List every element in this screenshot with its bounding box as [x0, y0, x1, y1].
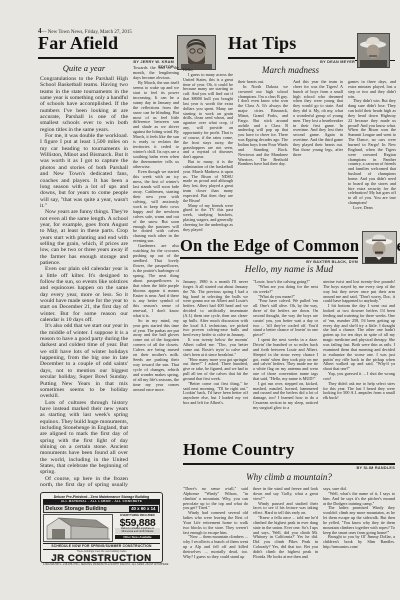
paragraph: games in three days, and extra minutes p… — [348, 80, 396, 99]
paragraph: Even though we started this week with an… — [133, 170, 179, 244]
paragraph: "Better come out first thing," he said n… — [183, 382, 248, 406]
storage-building-ad: Deluxe Pre-Finished - Zero Maintenance S… — [40, 492, 163, 563]
newspaper-page: 4— New Town News, Friday, March 27, 2015… — [0, 0, 400, 600]
hat-tips-column-3: And this year the team to cheer for was … — [293, 80, 343, 232]
hat-tips-column-2: their hearts out.In North Dakota we crow… — [238, 80, 288, 232]
paragraph: Congratulations to the Parshall High Sch… — [40, 76, 128, 133]
ad-schedule-bar: SCHEDULE NOW FOR SPRING/SUMMER CONSTRUCT… — [43, 543, 160, 550]
common-sense-column-2: "Louie, how's the calving going?""What a… — [253, 280, 318, 438]
paragraph: And this year the team to cheer for was … — [293, 80, 343, 158]
ad-other-sizes-badge: Other Sizes Available — [115, 535, 160, 539]
paragraph: I guess to many across the United States… — [183, 73, 233, 160]
common-sense-byline: BY BAXTER BLACK, DVM — [180, 260, 358, 265]
paragraph: Windy paused and studied their faces to … — [253, 502, 318, 517]
ad-contact-line: 1-800-546-5971 • 218-456-3731 • SERVING … — [43, 563, 160, 566]
paragraph: Now years are funny things. They're not … — [40, 209, 128, 266]
ad-delivery-note: Delivery included anywhere in Minnesota … — [115, 528, 160, 534]
common-sense-subhead: Hello, my name is Mud — [183, 265, 395, 275]
common-sense-rule — [180, 257, 358, 259]
common-sense-column-1: January, 1980 is a month I'll never forg… — [183, 280, 248, 438]
paragraph: For me, it was double the workload. I fi… — [40, 133, 128, 209]
paragraph: Windy had cornered several old ladies wh… — [183, 511, 248, 535]
paragraph: Even our plain old calendar year is a li… — [40, 266, 128, 323]
paragraph: Lots of cultures through history have in… — [40, 400, 128, 476]
paragraph: "Knew a fella once ... told me he'd clim… — [253, 516, 318, 560]
paragraph: In North Dakota we crowned our high scho… — [238, 85, 288, 167]
far-afield-subhead: Quite a year — [40, 63, 128, 73]
paragraph: I spent the next weeks in a daze. Drivin… — [253, 338, 318, 382]
hat-tips-headline: Hat Tips — [228, 33, 296, 54]
paragraph: uterine twist and lost twenty-five pound… — [323, 280, 395, 304]
ad-company-name: JR CONSTRUCTION — [43, 554, 160, 564]
paragraph: Gardeners are also watching for the croc… — [133, 244, 179, 318]
far-afield-column-2: Towards the end of the month, the length… — [133, 66, 179, 488]
ad-materials-bar: ALL MATERIAL - ALL LABOR - ALL CONCRETE — [43, 499, 160, 504]
hat-tips-rule — [228, 57, 355, 59]
byline-name: BY BAXTER BLACK, DVM — [180, 260, 358, 265]
ad-price-block: EVERYTHING INCLUDED $59,888 Delivery inc… — [115, 514, 160, 542]
paragraph: "There's no sense a-tall," said Alphonse… — [183, 487, 248, 511]
home-country-column-1: "There's no sense a-tall," said Alphonse… — [183, 487, 248, 564]
hat-tips-byline: BY DEAN MEYER — [228, 60, 355, 65]
home-country-column-3: says, sure did."Well, what's the name of… — [323, 487, 395, 564]
paragraph: "Well, what's the name of it, I says to … — [323, 492, 395, 507]
paragraph: January, 1980 is a month I'll never forg… — [183, 280, 248, 338]
paragraph: It was twenty below the mornin' Albert c… — [183, 338, 248, 357]
hat-tips-subhead: March madness — [238, 65, 343, 75]
hat-tips-signoff: Love, Dean — [348, 206, 396, 211]
paragraph: Of course, up here in the frozen north, … — [40, 476, 128, 488]
hat-tips-column-4: games in three days, and extra minutes p… — [348, 80, 396, 232]
ad-title-row: Deluxe Storage Building 40 x 60 x 14 — [43, 504, 160, 513]
paragraph: They didn't ask me to help select sires … — [323, 382, 395, 401]
paragraph: But to many, it is the culmination of th… — [183, 160, 233, 204]
paragraph: "Four have calved. We pulled 'em all. On… — [253, 299, 318, 338]
ad-title: Deluxe Storage Building — [46, 506, 107, 512]
paragraph: I got run over, stepped on, kicked, mash… — [253, 382, 318, 411]
paragraph: I hit bottom the day I went out and look… — [323, 304, 395, 372]
paragraph: They didn't win. But they dang sure didn… — [348, 99, 396, 206]
common-sense-column-3: uterine twist and lost twenty-five pound… — [323, 280, 395, 438]
paragraph: It's also odd that we start our year in … — [40, 323, 128, 399]
paragraph: The ladies promised Windy they wouldn't … — [323, 506, 395, 535]
paragraph: Brought to you by Ol' Jimmy Dollar, a ch… — [323, 535, 395, 550]
byline-name: BY DEAN MEYER — [228, 60, 355, 65]
far-afield-column-1: Congratulations to the Parshall High Sch… — [40, 76, 128, 488]
byline-name: BY SLIM RANDLES — [183, 466, 395, 471]
home-country-rule — [183, 463, 395, 465]
baxter-black-photo — [362, 231, 397, 264]
ad-price: $59,888 — [115, 518, 160, 528]
paragraph: By March, the sun itself seems to wake u… — [133, 81, 179, 170]
far-afield-headline: Far Afield — [38, 33, 118, 54]
home-country-subhead: Why climb a mountain? — [183, 472, 395, 482]
jerry-kram-photo — [177, 35, 216, 70]
paragraph: So in my mind, my year gets started this… — [133, 319, 179, 393]
hat-tips-column-1: Hello,I guess to many across the United … — [183, 68, 233, 232]
hat-tips-column-4-text: games in three days, and extra minutes p… — [348, 80, 396, 206]
dean-meyer-photo — [357, 33, 390, 68]
paragraph: "Now ... them mountain climbers ... why … — [183, 535, 248, 559]
paragraph: Towards the end of the month, the length… — [133, 66, 179, 81]
ad-tagline: Deluxe Pre-Finished - Zero Maintenance S… — [43, 495, 160, 499]
home-country-byline: BY SLIM RANDLES — [183, 466, 395, 471]
paragraph: there in the wind and freeze and look do… — [253, 487, 318, 502]
home-country-headline: Home Country — [183, 440, 294, 460]
paragraph: Many of my friends were glued to the TV … — [183, 204, 233, 232]
paragraph: "How many more you got springin' out the… — [183, 358, 248, 382]
ad-size-badge: 40 x 60 x 14 — [129, 506, 157, 512]
storage-building-image — [43, 514, 113, 542]
far-afield-rule — [38, 57, 174, 59]
home-country-column-2: there in the wind and freeze and look do… — [253, 487, 318, 564]
